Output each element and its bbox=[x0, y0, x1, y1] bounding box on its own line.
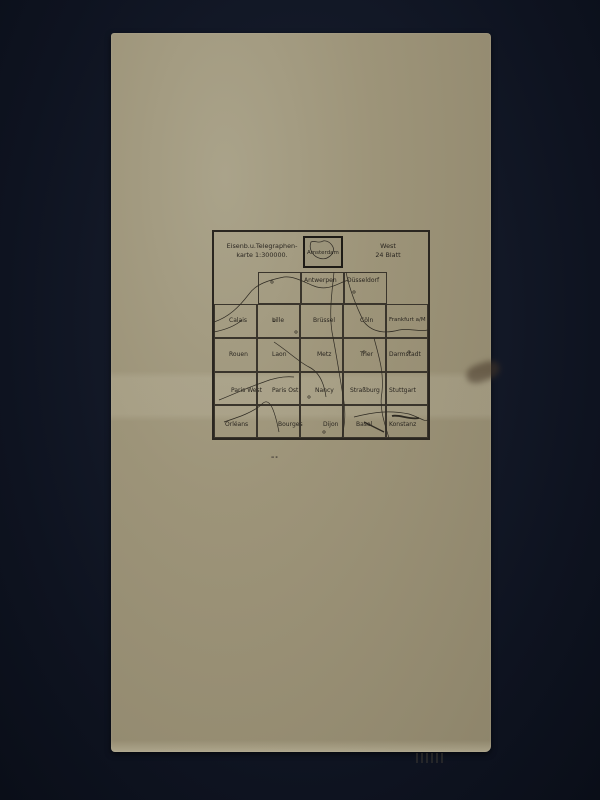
sheet-label-amsterdam: Amsterdam bbox=[307, 250, 339, 256]
sheet-grid: Antwerpen Düsseldorf Calais Lille Brüsse… bbox=[214, 272, 428, 438]
small-print-mark: ▬ ▪ bbox=[271, 455, 278, 459]
map-cover: Eisenb.u.Telegraphen- karte 1:300000. Am… bbox=[111, 33, 491, 752]
rivers-and-coastline bbox=[214, 272, 428, 438]
series-info: West 24 Blatt bbox=[358, 242, 418, 260]
index-title-line1: Eisenb.u.Telegraphen- bbox=[222, 242, 302, 251]
index-title: Eisenb.u.Telegraphen- karte 1:300000. bbox=[222, 242, 302, 260]
series-line1: West bbox=[358, 242, 418, 251]
pencil-marks bbox=[416, 753, 446, 763]
sheet-index-map: Eisenb.u.Telegraphen- karte 1:300000. Am… bbox=[212, 230, 430, 440]
index-title-line2: karte 1:300000. bbox=[222, 251, 302, 260]
series-line2: 24 Blatt bbox=[358, 251, 418, 260]
highlighted-sheet: Amsterdam bbox=[303, 236, 343, 268]
